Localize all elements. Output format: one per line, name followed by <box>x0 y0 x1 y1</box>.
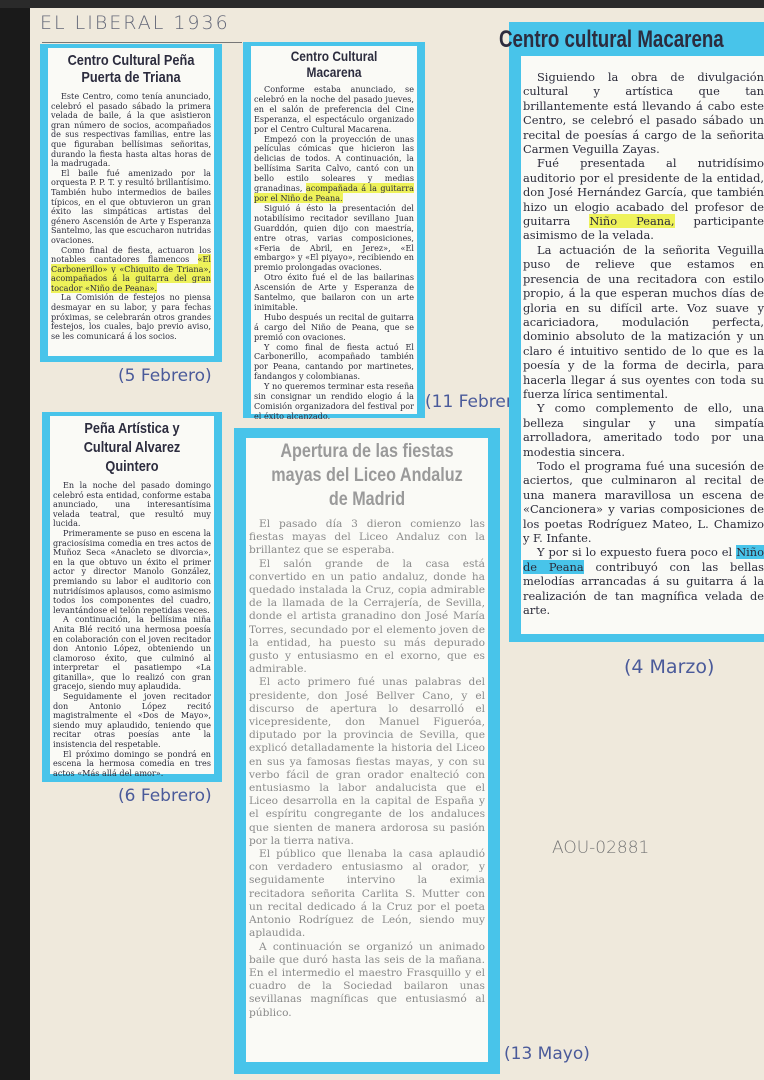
paragraph: El acto primero fué unas palabras del pr… <box>249 676 485 848</box>
paragraph: Hubo después un recital de guitarra á ca… <box>254 313 414 343</box>
clipping-penia-puerta-triana: Centro Cultural Peña Puerta de Triana Es… <box>40 44 222 362</box>
paragraph: Siguiendo la obra de divulgación cultura… <box>523 70 764 156</box>
paragraph: En la noche del pasado domingo celebró e… <box>53 481 211 529</box>
date-note: (6 Febrero) <box>118 786 212 806</box>
paragraph: Como final de fiesta, actuaron los notab… <box>51 246 211 294</box>
paragraph: La Comisión de festejos no piensa desmay… <box>51 293 211 341</box>
paragraph: El salón grande de la casa está converti… <box>249 558 485 677</box>
clipping-title: Apertura de las fiestas mayas del Liceo … <box>264 438 470 518</box>
date-note: (5 Febrero) <box>118 366 212 386</box>
clipping-liceo-andaluz: Apertura de las fiestas mayas del Liceo … <box>234 428 500 1074</box>
paragraph: Otro éxito fué el de las bailarinas Asce… <box>254 273 414 313</box>
paragraph: La actuación de la señorita Veguilla pus… <box>523 243 764 401</box>
paragraph: Seguidamente el joven recitador don Anto… <box>53 692 211 750</box>
clipping-alvarez-quintero: Peña Artística y Cultural Alvarez Quinte… <box>42 412 222 782</box>
paragraph: A continuación se organizó un animado ba… <box>249 941 485 1020</box>
clipping-title: Centro Cultural Macarena <box>263 46 404 85</box>
paragraph: El pasado día 3 dieron comienzo las fies… <box>249 518 485 558</box>
paragraph: Empezó con la proyección de unas películ… <box>254 135 414 204</box>
paragraph: Y como final de fiesta actuó El Carboner… <box>254 343 414 383</box>
scan-top-edge <box>0 0 764 8</box>
clipping-centro-macarena-feb: Centro Cultural Macarena Conforme estaba… <box>243 42 425 418</box>
paragraph: El próximo domingo se pondrá en escena l… <box>53 750 211 779</box>
highlight: Niño Peana, <box>589 214 674 228</box>
date-note: (13 Mayo) <box>504 1044 590 1064</box>
paragraph: El público que llenaba la casa aplaudió … <box>249 848 485 940</box>
clipping-title: Centro cultural Macarena <box>499 26 725 54</box>
paragraph: A continuación, la bellísima niña Anita … <box>53 615 211 692</box>
clipping-centro-macarena-mar: Siguiendo la obra de divulgación cultura… <box>509 22 764 642</box>
paragraph: Primeramente se puso en escena la gracio… <box>53 529 211 615</box>
paragraph: Y no queremos terminar esta reseña sin c… <box>254 382 414 422</box>
paragraph: Y por si lo expuesto fuera poco el Niño … <box>523 545 764 617</box>
date-note: (4 Marzo) <box>624 656 714 678</box>
paragraph: Siguió á ésto la presentación del notabi… <box>254 204 414 273</box>
paragraph: Y como complemento de ello, una belleza … <box>523 401 764 459</box>
paragraph: Conforme estaba anunciado, se celebró en… <box>254 85 414 135</box>
paragraph: Fué presentada al nutridísimo auditorio … <box>523 156 764 242</box>
source-note: EL LIBERAL 1936 <box>40 12 230 34</box>
paragraph: Todo el programa fué una sucesión de aci… <box>523 459 764 545</box>
source-underline <box>42 42 242 43</box>
paragraph: El baile fué amenizado por la orquesta P… <box>51 169 211 246</box>
clipping-title: Centro Cultural Peña Puerta de Triana <box>60 48 201 92</box>
paragraph: Este Centro, como tenía anunciado, celeb… <box>51 92 211 169</box>
clipping-title: Peña Artística y Cultural Alvarez Quinte… <box>62 416 201 481</box>
archive-code: AOU-02881 <box>552 838 649 858</box>
